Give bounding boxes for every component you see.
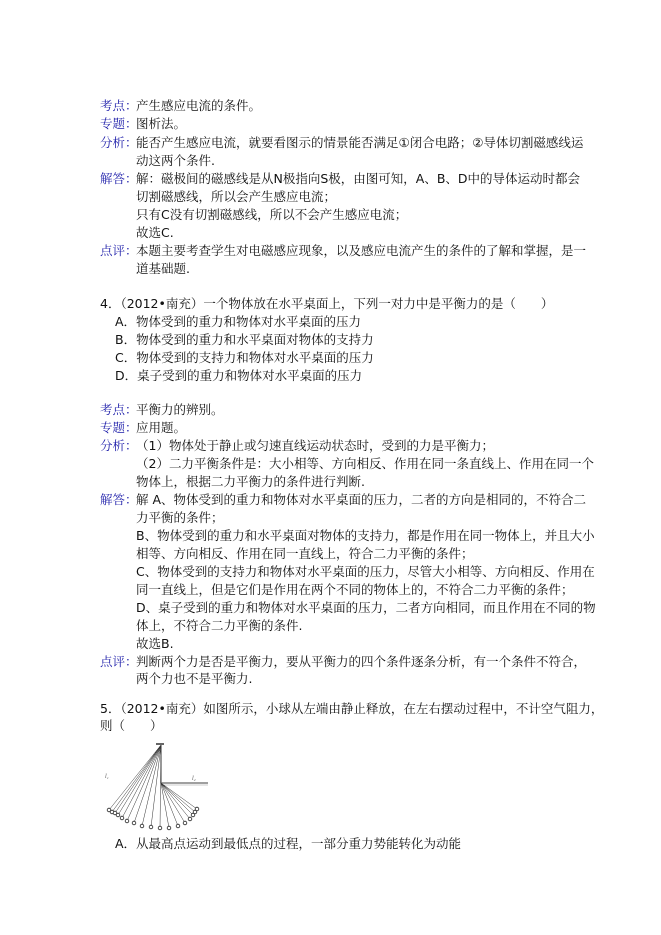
zhuanti-row: 专题：图析法。 <box>100 115 570 133</box>
kaodian-label: 考点： <box>100 401 136 419</box>
jieda-label: 解答： <box>100 170 136 188</box>
jieda-line: 力平衡的条件； <box>136 509 224 527</box>
kaodian-text: 产生感应电流的条件。 <box>136 97 261 115</box>
jieda-line: C、物体受到的支持力和物体对水平桌面的压力，尽管大小相等、方向相反、作用在 <box>136 563 595 581</box>
dianping-row: 点评：判断两个力是否是平衡力，要从平衡力的四个条件逐条分析，有一个条件不符合， <box>100 653 570 671</box>
jieda-line: 体上，不符合二力平衡的条件. <box>136 617 302 635</box>
dianping-label: 点评： <box>100 653 136 671</box>
label-l2: l₂ <box>192 776 196 782</box>
jieda-line: B、物体受到的重力和水平桌面对物体的支持力，都是作用在同一物体上，并且大小 <box>136 527 595 545</box>
pendulum-figure: l₁ l₂ <box>100 740 210 832</box>
jieda-line: 只有C没有切割磁感线，所以不会产生感应电流； <box>136 206 407 224</box>
option-c: C．物体受到的支持力和物体对水平桌面的压力 <box>115 349 374 367</box>
jieda-line: 解 A、物体受到的重力和物体对水平桌面的压力，二者的方向是相同的，不符合二 <box>136 491 586 509</box>
fenxi-line: （2）二力平衡条件是：大小相等、方向相反、作用在同一条直线上、作用在同一个 <box>136 455 594 473</box>
fenxi-line: 物体上，根据二力平衡力的条件进行判断. <box>136 473 365 491</box>
jieda-line: 解：磁极间的磁感线是从N极指向S极，由图可知，A、B、D中的导体运动时都会 <box>136 170 580 188</box>
jieda-line: D、桌子受到的重力和物体对水平桌面的压力，二者方向相同，而且作用在不同的物 <box>136 599 596 617</box>
zhuanti-row: 专题：应用题。 <box>100 419 570 437</box>
option-a: A．从最高点运动到最低点的过程，一部分重力势能转化为动能 <box>115 835 461 853</box>
dianping-line: 判断两个力是否是平衡力，要从平衡力的四个条件逐条分析，有一个条件不符合， <box>136 653 586 671</box>
kaodian-label: 考点： <box>100 97 136 115</box>
jieda-line: 同一直线上，但是它们是作用在两个不同的物体上的，不符合二力平衡的条件； <box>136 581 574 599</box>
zhuanti-text: 图析法。 <box>136 115 186 133</box>
option-b: B．物体受到的重力和水平桌面对物体的支持力 <box>115 331 374 349</box>
fenxi-label: 分析： <box>100 134 136 152</box>
fenxi-line: 能否产生感应电流，就要看图示的情景能否满足①闭合电路；②导体切割磁感线运 <box>136 134 583 152</box>
dianping-row: 点评：本题主要考查学生对电磁感应现象，以及感应电流产生的条件的了解和掌握，是一 <box>100 242 570 260</box>
jieda-line: 相等、方向相反、作用在同一直线上，符合二力平衡的条件； <box>136 545 474 563</box>
zhuanti-label: 专题： <box>100 115 136 133</box>
jieda-line: 故选B. <box>136 635 174 653</box>
dianping-line: 两个力也不是平衡力. <box>136 670 252 688</box>
zhuanti-label: 专题： <box>100 419 136 437</box>
label-l1: l₁ <box>105 774 109 780</box>
jieda-line: 切割磁感线，所以会产生感应电流； <box>136 188 336 206</box>
question-stem: 则（ ） <box>100 717 163 735</box>
option-d: D．桌子受到的重力和物体对水平桌面的压力 <box>115 367 362 385</box>
document-page: 考点：产生感应电流的条件。 专题：图析法。 分析：能否产生感应电流，就要看图示的… <box>0 0 661 935</box>
jieda-row: 解答：解 A、物体受到的重力和物体对水平桌面的压力，二者的方向是相同的，不符合二 <box>100 491 570 509</box>
zhuanti-text: 应用题。 <box>136 419 186 437</box>
dianping-line: 本题主要考查学生对电磁感应现象，以及感应电流产生的条件的了解和掌握，是一 <box>136 242 586 260</box>
kaodian-text: 平衡力的辨别。 <box>136 401 224 419</box>
jieda-label: 解答： <box>100 491 136 509</box>
dianping-label: 点评： <box>100 242 136 260</box>
kaodian-row: 考点：产生感应电流的条件。 <box>100 97 570 115</box>
question-stem: 4．（2012•南充）一个物体放在水平桌面上，下列一对力中是平衡力的是（ ） <box>100 295 553 313</box>
fenxi-row: 分析：（1）物体处于静止或匀速直线运动状态时，受到的力是平衡力； <box>100 437 570 455</box>
fenxi-row: 分析：能否产生感应电流，就要看图示的情景能否满足①闭合电路；②导体切割磁感线运 <box>100 134 570 152</box>
kaodian-row: 考点：平衡力的辨别。 <box>100 401 570 419</box>
dianping-line: 道基础题. <box>136 260 190 278</box>
option-a: A．物体受到的重力和物体对水平桌面的压力 <box>115 313 361 331</box>
fenxi-line: （1）物体处于静止或匀速直线运动状态时，受到的力是平衡力； <box>136 437 494 455</box>
jieda-row: 解答：解：磁极间的磁感线是从N极指向S极，由图可知，A、B、D中的导体运动时都会 <box>100 170 570 188</box>
jieda-line: 故选C. <box>136 224 174 242</box>
fenxi-line: 动这两个条件. <box>136 152 215 170</box>
fenxi-label: 分析： <box>100 437 136 455</box>
question-stem: 5．（2012•南充）如图所示，小球从左端由静止释放，在左右摆动过程中，不计空气… <box>100 700 603 718</box>
